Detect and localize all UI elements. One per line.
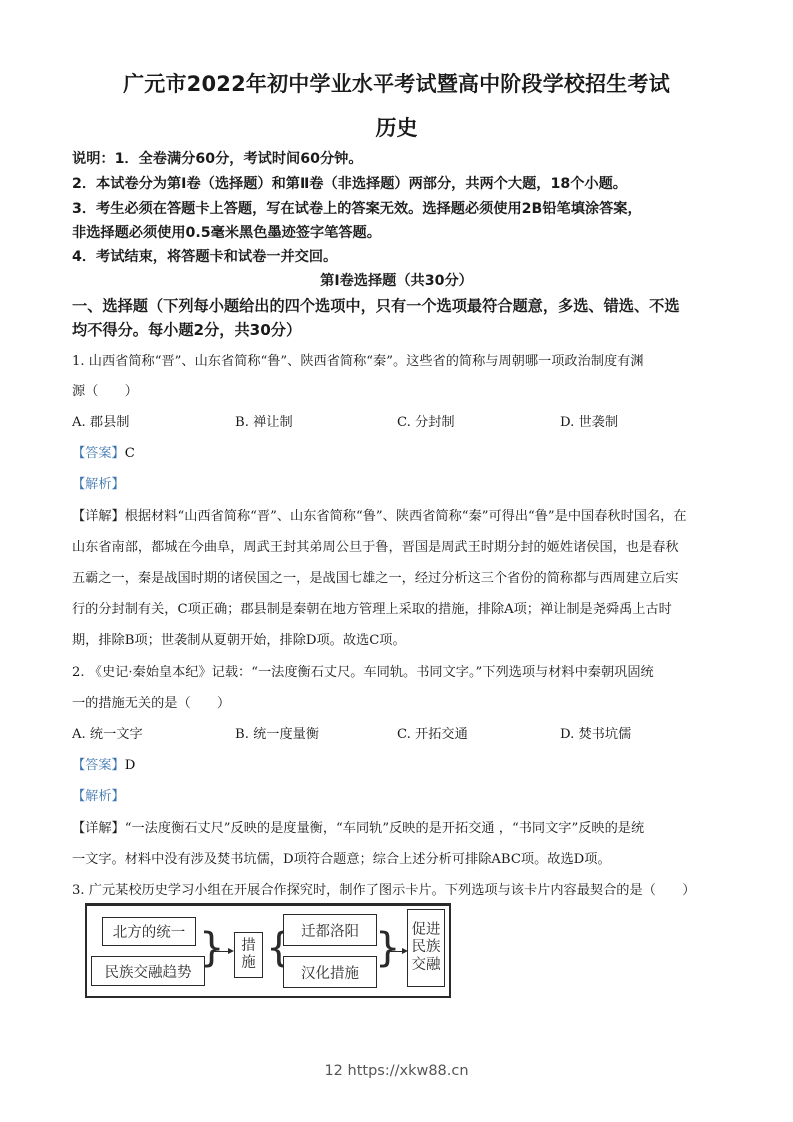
diagram-text: 民族 xyxy=(412,939,441,956)
diagram-box-sinicization: 汉化措施 xyxy=(283,956,377,988)
answer-value: D xyxy=(125,758,136,773)
question-1-analysis: 【解析】 xyxy=(72,473,125,492)
instruction-line: 非选择题必须使用0.5毫米黑色墨迹签字笔答题。 xyxy=(72,222,381,242)
diagram-text: 措 xyxy=(241,938,256,955)
question-2-option-a: A. 统一文字 xyxy=(72,723,143,742)
diagram-card: 北方的统一 民族交融趋势 } 措 施 { 迁都洛阳 汉化措施 } 促进 民族 交… xyxy=(85,903,451,998)
brace-icon: } xyxy=(375,928,400,968)
diagram-box-measures: 措 施 xyxy=(234,932,263,978)
diagram-box-ethnic-trend: 民族交融趋势 xyxy=(91,956,205,986)
diagram-box-move-capital: 迁都洛阳 xyxy=(283,914,377,946)
section-heading: 均不得分。每小题2分，共30分） xyxy=(72,319,301,340)
question-1-stem: 源（ ） xyxy=(72,380,138,399)
brace-icon: } xyxy=(199,928,224,968)
question-1-answer: 【答案】C xyxy=(72,442,135,461)
diagram-text: 交融 xyxy=(412,957,441,974)
question-1-option-b: B. 禅让制 xyxy=(235,411,293,430)
question-1-option-c: C. 分封制 xyxy=(397,411,455,430)
arrow-icon xyxy=(213,951,231,952)
detail-text: 根据材料“山西省简称“晋”、山东省简称“鲁”、陕西省简称“秦”可得出“鲁”是中国… xyxy=(125,509,687,524)
question-1-option-d: D. 世袭制 xyxy=(560,411,618,430)
answer-label: 【答案】 xyxy=(72,758,125,773)
diagram-box-promote-integration: 促进 民族 交融 xyxy=(407,909,445,987)
instruction-line: 4．考试结束，将答题卡和试卷一并交回。 xyxy=(72,246,337,266)
arrow-icon xyxy=(389,951,405,952)
question-1-detail: 期，排除B项；世袭制从夏朝开始，排除D项。故选C项。 xyxy=(72,629,406,648)
question-3-stem: 3. 广元某校历史学习小组在开展合作探究时，制作了图示卡片。下列选项与该卡片内容… xyxy=(72,879,695,898)
question-1-option-a: A. 郡县制 xyxy=(72,411,129,430)
answer-label: 【答案】 xyxy=(72,446,125,461)
question-2-detail: 【详解】“一法度衡石丈尺”反映的是度量衡，“车同轨”反映的是开拓交通 ，“书同文… xyxy=(72,817,644,836)
diagram-box-north-unification: 北方的统一 xyxy=(102,917,196,946)
diagram-text: 促进 xyxy=(412,922,441,939)
question-2-option-d: D. 焚书坑儒 xyxy=(560,723,631,742)
question-1-detail: 行的分封制有关，C项正确；郡县制是秦朝在地方管理上采取的措施，排除A项；禅让制是… xyxy=(72,598,672,617)
section-heading: 一、选择题（下列每小题给出的四个选项中，只有一个选项最符合题意，多选、错选、不选 xyxy=(72,295,680,316)
question-2-stem: 2. 《史记·秦始皇本纪》记载：“一法度衡石丈尺。车同轨。书同文字。”下列选项与… xyxy=(72,661,654,680)
detail-text: “一法度衡石丈尺”反映的是度量衡，“车同轨”反映的是开拓交通 ，“书同文字”反映… xyxy=(125,821,644,836)
detail-label: 【详解】 xyxy=(72,821,125,836)
section-title: 第Ⅰ卷选择题（共30分） xyxy=(0,270,793,290)
page-footer: 12 https://xkw88.cn xyxy=(0,1063,793,1079)
question-2-stem: 一的措施无关的是（ ） xyxy=(72,692,230,711)
question-1-detail: 五霸之一，秦是战国时期的诸侯国之一，是战国七雄之一，经过分析这三个省份的简称都与… xyxy=(72,567,679,586)
question-2-detail: 一文字。材料中没有涉及焚书坑儒，D项符合题意；综合上述分析可排除ABC项。故选D… xyxy=(72,848,611,867)
answer-value: C xyxy=(125,446,135,461)
instruction-line: 3．考生必须在答题卡上答题，写在试卷上的答案无效。选择题必须使用2B铅笔填涂答案… xyxy=(72,198,642,218)
question-1-stem: 1. 山西省简称“晋”、山东省简称“鲁”、陕西省简称“秦”。这些省的简称与周朝哪… xyxy=(72,350,644,369)
exam-subject: 历史 xyxy=(0,112,793,142)
question-2-answer: 【答案】D xyxy=(72,754,135,773)
analysis-label: 【解析】 xyxy=(72,789,125,804)
question-2-option-b: B. 统一度量衡 xyxy=(235,723,319,742)
diagram-text: 施 xyxy=(241,955,256,972)
instruction-line: 2．本试卷分为第Ⅰ卷（选择题）和第Ⅱ卷（非选择题）两部分，共两个大题，18个小题… xyxy=(72,173,627,193)
question-2-analysis: 【解析】 xyxy=(72,785,125,804)
question-2-option-c: C. 开拓交通 xyxy=(397,723,468,742)
analysis-label: 【解析】 xyxy=(72,477,125,492)
question-1-detail: 【详解】根据材料“山西省简称“晋”、山东省简称“鲁”、陕西省简称“秦”可得出“鲁… xyxy=(72,505,687,524)
instruction-line: 说明：1．全卷满分60分，考试时间60分钟。 xyxy=(72,148,363,168)
question-1-detail: 山东省南部，都城在今曲阜，周武王封其弟周公旦于鲁，晋国是周武王时期分封的姬姓诸侯… xyxy=(72,536,679,555)
detail-label: 【详解】 xyxy=(72,509,125,524)
exam-title: 广元市2022年初中学业水平考试暨高中阶段学校招生考试 xyxy=(0,68,793,98)
